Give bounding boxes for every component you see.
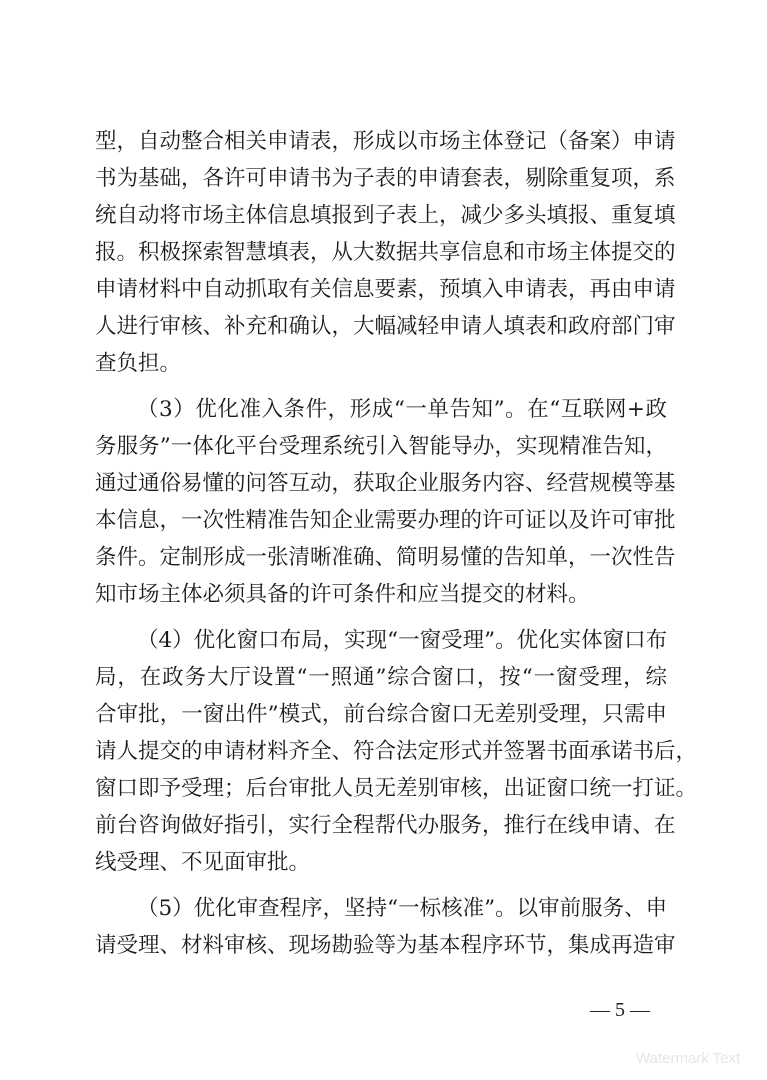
text-line: 报。积极探索智慧填表，从大数据共享信息和市场主体提交的 (95, 238, 667, 268)
text-line: 申请材料中自动抓取有关信息要素，预填入申请表，再由申请 (95, 275, 667, 305)
text-line: 请受理、材料审核、现场勘验等为基本程序环节，集成再造审 (95, 931, 667, 961)
text-line: 知市场主体必须具备的许可条件和应当提交的材料。 (95, 580, 667, 610)
text-line: 务服务”一体化平台受理系统引入智能导办，实现精准告知， (95, 432, 667, 462)
text-line: 前台咨询做好指引，实行全程帮代办服务，推行在线申请、在 (95, 811, 667, 841)
text-line: 条件。定制形成一张清晰准确、简明易懂的告知单，一次性告 (95, 543, 667, 573)
text-line: 书为基础，各许可申请书为子表的申请套表，剔除重复项，系 (95, 164, 667, 194)
text-line: 查负担。 (95, 349, 667, 379)
text-line: 合审批，一窗出件”模式，前台综合窗口无差别受理，只需申 (95, 700, 667, 730)
paragraph-heading-5: （5）优化审查程序，坚持“一标核准”。以审前服务、申 (137, 894, 667, 924)
paragraph-heading-4: （4）优化窗口布局，实现“一窗受理”。优化实体窗口布 (137, 626, 667, 656)
text-line: 统自动将市场主体信息填报到子表上，减少多头填报、重复填 (95, 201, 667, 231)
watermark: Watermark Text (636, 1050, 740, 1067)
text-line: 人进行审核、补充和确认，大幅减轻申请人填表和政府部门审 (95, 312, 667, 342)
text-line: 局，在政务大厅设置“一照通”综合窗口，按“一窗受理，综 (95, 663, 667, 693)
text-line: 通过通俗易懂的问答互动，获取企业服务内容、经营规模等基 (95, 469, 667, 499)
page-number: — 5 — (590, 998, 650, 1022)
text-line: 请人提交的申请材料齐全、符合法定形式并签署书面承诺书后， (95, 737, 667, 767)
document-page: 型，自动整合相关申请表，形成以市场主体登记（备案）申请 书为基础，各许可申请书为… (0, 0, 767, 1080)
text-line: 本信息，一次性精准告知企业需要办理的许可证以及许可审批 (95, 506, 667, 536)
paragraph-heading-3: （3）优化准入条件，形成“一单告知”。在“互联网+政 (137, 395, 667, 425)
text-line: 型，自动整合相关申请表，形成以市场主体登记（备案）申请 (95, 127, 667, 157)
text-line: 线受理、不见面审批。 (95, 848, 667, 878)
text-line: 窗口即予受理；后台审批人员无差别审核，出证窗口统一打证。 (95, 774, 667, 804)
